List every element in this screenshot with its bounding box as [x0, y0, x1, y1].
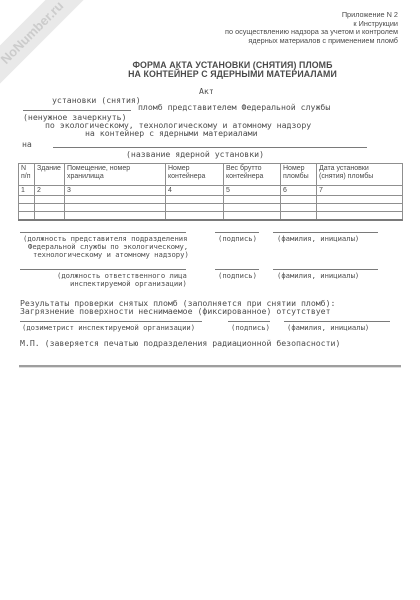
dosimetrist-role-note: (дозиметрист инспектируемой организации) [22, 324, 195, 332]
col-number: 7 [317, 186, 403, 196]
col-header-seal-date: Дата установки (снятия) пломбы [317, 164, 403, 186]
act-type-text: установки (снятия) [52, 96, 141, 104]
col-number: 1 [19, 186, 35, 196]
signature-role-line [20, 269, 186, 270]
signature-name-note: (фамилия, инициалы) [277, 272, 359, 280]
col-number: 6 [281, 186, 317, 196]
dosimetrist-name-line [284, 321, 390, 322]
facility-note: (название ядерной установки) [126, 150, 264, 158]
appendix-block: Приложение N 2 к Инструкции по осуществл… [225, 11, 398, 46]
act-heading: Акт [199, 87, 214, 95]
signature-sign-note: (подпись) [218, 235, 257, 243]
na-label: на [22, 140, 32, 148]
title-line: НА КОНТЕЙНЕР С ЯДЕРНЫМИ МАТЕРИАЛАМИ [45, 70, 420, 79]
signature-name-note: (фамилия, инициалы) [277, 235, 359, 243]
act-continuation-text: пломб представителем Федеральной службы [138, 103, 330, 111]
container-line: на контейнер с ядерными материалами [85, 129, 258, 137]
col-number: 2 [35, 186, 65, 196]
signature-sign-note: (подпись) [218, 272, 257, 280]
signature-role-note: технологическому и атомному надзору) [33, 251, 189, 259]
strike-blank-line [23, 110, 131, 111]
table-row [19, 204, 403, 212]
dosimetrist-sign-note: (подпись) [231, 324, 270, 332]
facility-blank-line [53, 147, 367, 148]
col-number: 4 [166, 186, 224, 196]
col-header-building: Здание [35, 164, 65, 186]
col-header-container-number: Номер контейнера [166, 164, 224, 186]
document-page: NoNumber.ru Приложение N 2 к Инструкции … [0, 0, 420, 600]
table-row [19, 196, 403, 204]
document-title: ФОРМА АКТА УСТАНОВКИ (СНЯТИЯ) ПЛОМБ НА К… [45, 61, 420, 79]
table-numbering-row: 1 2 3 4 5 6 7 [19, 186, 403, 196]
watermark-band: NoNumber.ru [0, 0, 95, 95]
dosimetrist-name-note: (фамилия, инициалы) [287, 324, 369, 332]
col-header-seal-number: Номер пломбы [281, 164, 317, 186]
table-row [19, 212, 403, 221]
footer-divider [19, 365, 401, 368]
table-header-row: N п/п Здание Помещение, номер хранилища … [19, 164, 403, 186]
col-header-num: N п/п [19, 164, 35, 186]
appendix-line: ядерных материалов с применением пломб [225, 37, 398, 46]
signature-sign-line [215, 269, 259, 270]
col-header-gross-weight: Вес брутто контейнера [224, 164, 281, 186]
dosimetrist-role-line [20, 321, 202, 322]
signature-role-note: инспектируемой организации) [70, 280, 187, 288]
signature-name-line [273, 232, 378, 233]
signature-sign-line [215, 232, 259, 233]
results-statement: Загрязнение поверхности неснимаемое (фик… [20, 307, 331, 315]
stamp-note: М.П. (заверяется печатью подразделения р… [20, 339, 340, 347]
col-number: 5 [224, 186, 281, 196]
col-header-room: Помещение, номер хранилища [65, 164, 166, 186]
dosimetrist-sign-line [228, 321, 270, 322]
signature-role-line [20, 232, 186, 233]
seals-table: N п/п Здание Помещение, номер хранилища … [18, 163, 403, 221]
watermark-text: NoNumber.ru [0, 0, 66, 67]
signature-name-line [273, 269, 378, 270]
col-number: 3 [65, 186, 166, 196]
